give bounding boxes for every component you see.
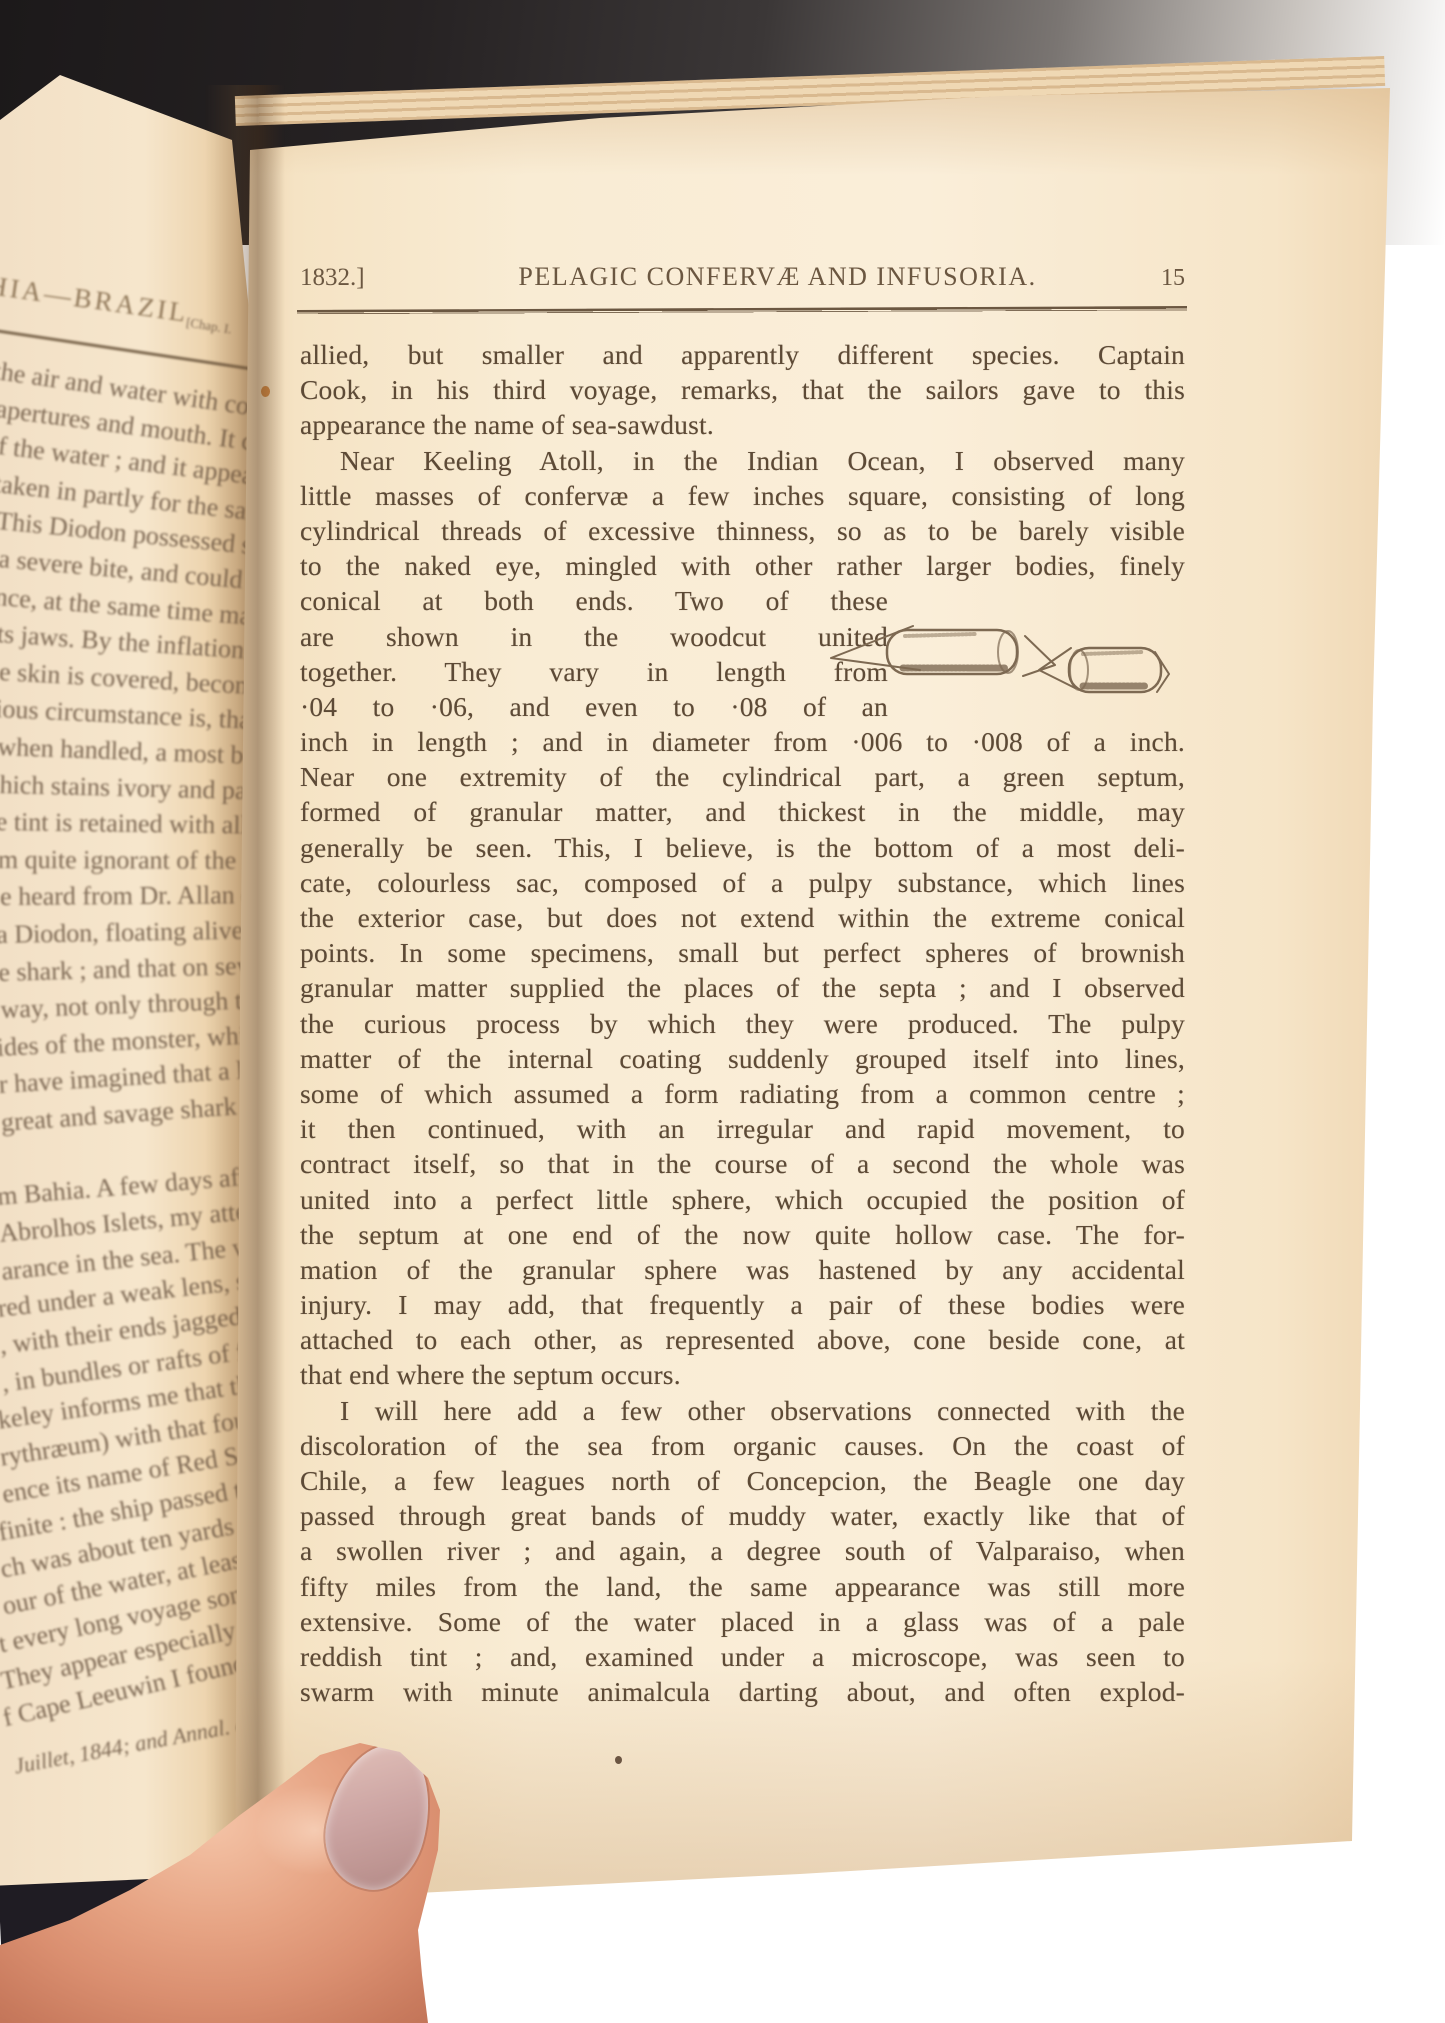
body-line: together. They vary in length from bbox=[300, 654, 888, 689]
body-line: allied, but smaller and apparently diffe… bbox=[300, 337, 1185, 372]
left-page-chapter-label: [Chap. I. bbox=[185, 315, 233, 338]
left-page: HIA—BRAZIL [Chap. I. the air and water w… bbox=[0, 60, 262, 1912]
body-line: inch in length ; and in diameter from ·0… bbox=[300, 724, 1185, 759]
body-line: little masses of confervæ a few inches s… bbox=[300, 478, 1185, 513]
body-line: discoloration of the sea from organic ca… bbox=[300, 1428, 1185, 1463]
page-header: 1832.] PELAGIC CONFERVÆ AND INFUSORIA. 1… bbox=[300, 262, 1185, 292]
page-header-title: PELAGIC CONFERVÆ AND INFUSORIA. bbox=[430, 262, 1125, 292]
body-line: injury. I may add, that frequently a pai… bbox=[300, 1287, 1185, 1322]
right-page: 1832.] PELAGIC CONFERVÆ AND INFUSORIA. 1… bbox=[225, 80, 1405, 1910]
body-line: cylindrical threads of excessive thinnes… bbox=[300, 513, 1185, 548]
body-line: a swollen river ; and again, a degree so… bbox=[300, 1533, 1185, 1568]
body-line: I will here add a few other observations… bbox=[300, 1393, 1185, 1428]
body-line: formed of granular matter, and thickest … bbox=[300, 794, 1185, 829]
page-body-text: allied, but smaller and apparently diffe… bbox=[300, 337, 1185, 1709]
body-line: extensive. Some of the water placed in a… bbox=[300, 1604, 1185, 1639]
body-line: points. In some specimens, small but per… bbox=[300, 935, 1185, 970]
body-line: mation of the granular sphere was hasten… bbox=[300, 1252, 1185, 1287]
body-line: the septum at one end of the now quite h… bbox=[300, 1217, 1185, 1252]
body-line: the exterior case, but does not extend w… bbox=[300, 900, 1185, 935]
body-line: ·04 to ·06, and even to ·08 of an bbox=[300, 689, 888, 724]
header-rule bbox=[297, 306, 1187, 315]
page-header-year: 1832.] bbox=[300, 264, 430, 292]
book-photo: HIA—BRAZIL [Chap. I. the air and water w… bbox=[0, 0, 1445, 2023]
body-line: swarm with minute animalcula darting abo… bbox=[300, 1674, 1185, 1709]
body-line: the curious process by which they were p… bbox=[300, 1006, 1185, 1041]
body-line: appearance the name of sea-sawdust. bbox=[300, 407, 1185, 442]
body-line: Near one extremity of the cylindrical pa… bbox=[300, 759, 1185, 794]
body-line: conical at both ends. Two of these bbox=[300, 583, 888, 618]
page-speck bbox=[615, 1756, 622, 1764]
body-line: are shown in the woodcut united bbox=[300, 619, 888, 654]
body-line: it then continued, with an irregular and… bbox=[300, 1111, 1185, 1146]
page-speck bbox=[261, 386, 270, 397]
body-line: reddish tint ; and, examined under a mic… bbox=[300, 1639, 1185, 1674]
body-line: granular matter supplied the places of t… bbox=[300, 970, 1185, 1005]
body-line: that end where the septum occurs. bbox=[300, 1357, 1185, 1392]
left-page-content: HIA—BRAZIL [Chap. I. the air and water w… bbox=[0, 60, 262, 1912]
body-line: united into a perfect little sphere, whi… bbox=[300, 1182, 1185, 1217]
body-line: Near Keeling Atoll, in the Indian Ocean,… bbox=[300, 443, 1185, 478]
body-line: matter of the internal coating suddenly … bbox=[300, 1041, 1185, 1076]
body-line: passed through great bands of muddy wate… bbox=[300, 1498, 1185, 1533]
body-line: generally be seen. This, I believe, is t… bbox=[300, 830, 1185, 865]
page-header-number: 15 bbox=[1125, 265, 1185, 292]
left-page-running-head: HIA—BRAZIL bbox=[0, 270, 191, 329]
body-line: some of which assumed a form radiating f… bbox=[300, 1076, 1185, 1111]
body-line: Chile, a few leagues north of Concepcion… bbox=[300, 1463, 1185, 1498]
body-line: fifty miles from the land, the same appe… bbox=[300, 1569, 1185, 1604]
body-line: attached to each other, as represented a… bbox=[300, 1322, 1185, 1357]
body-line: Cook, in his third voyage, remarks, that… bbox=[300, 372, 1185, 407]
body-line: contract itself, so that in the course o… bbox=[300, 1146, 1185, 1181]
confervae-woodcut-figure bbox=[825, 608, 1175, 708]
body-line: cate, colourless sac, composed of a pulp… bbox=[300, 865, 1185, 900]
body-line: to the naked eye, mingled with other rat… bbox=[300, 548, 1185, 583]
